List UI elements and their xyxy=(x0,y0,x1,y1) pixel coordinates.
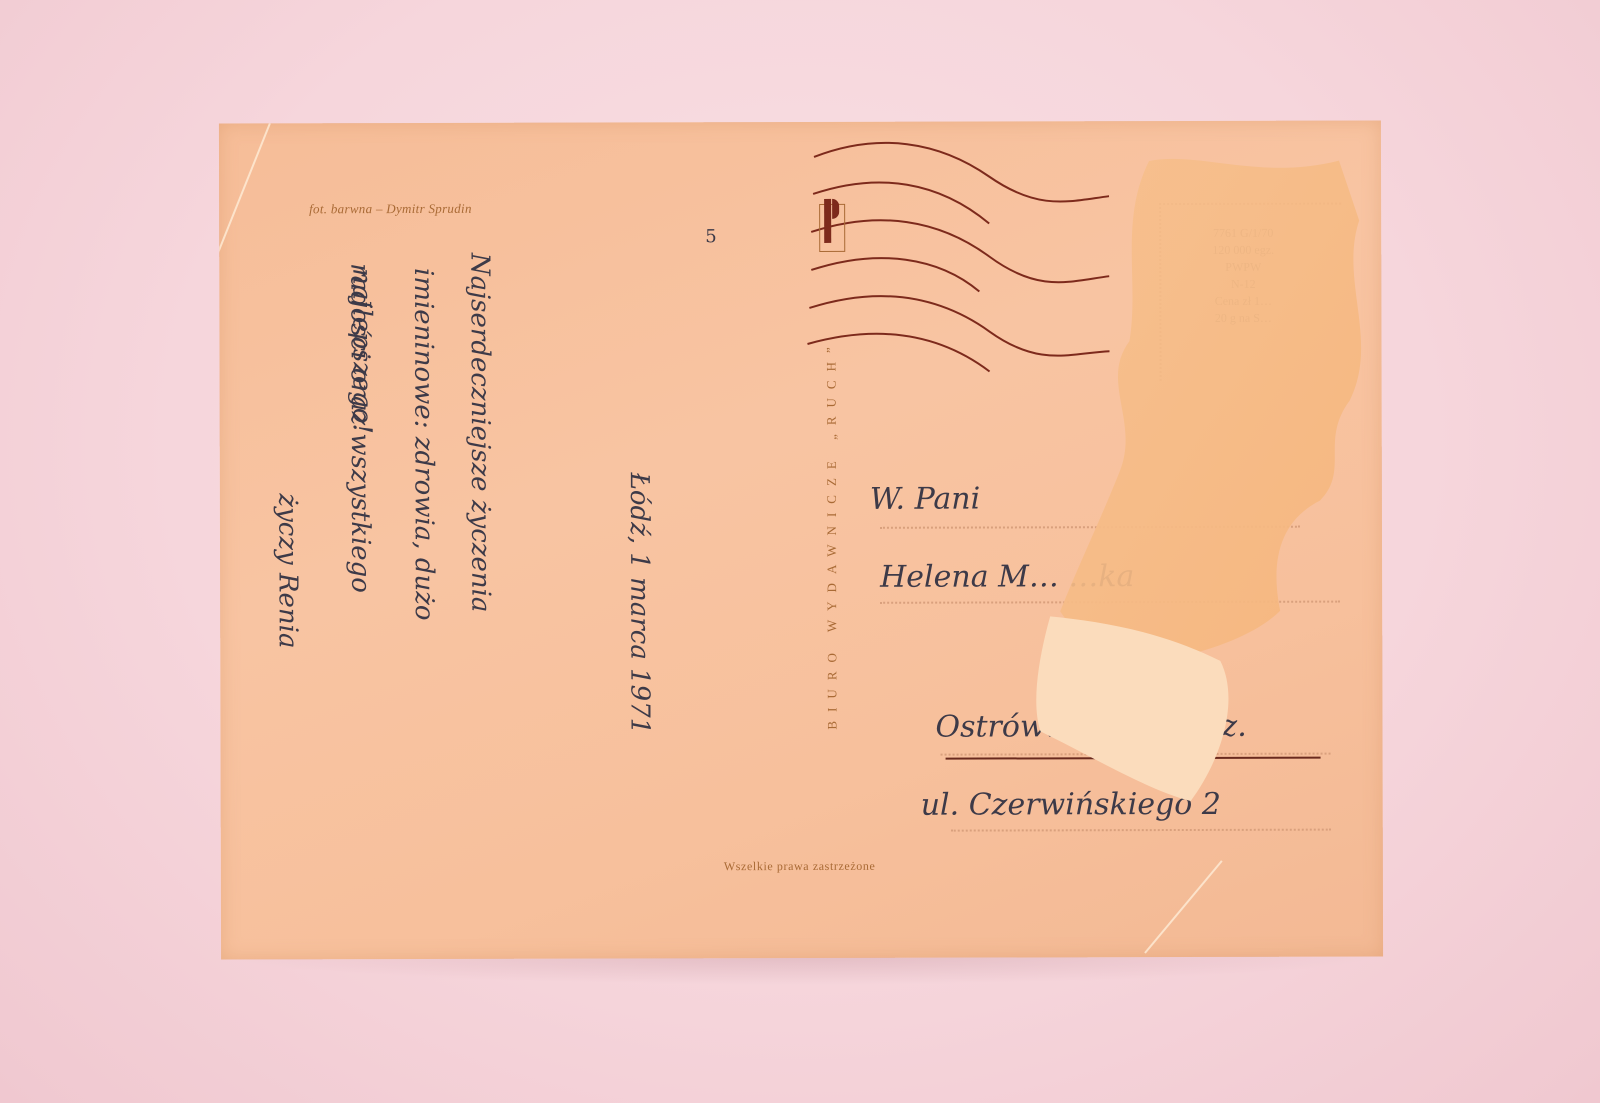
postcard: fot. barwna – Dymitr Sprudin 5 BIURO WYD… xyxy=(219,120,1383,959)
message-line: imieninowe: zdrowia, dużo xyxy=(408,268,439,621)
publisher-imprint: BIURO WYDAWNICZE „RUCH” xyxy=(823,338,840,729)
message-line: najlepszego! xyxy=(346,268,376,434)
message-line: Najserdeczniejsze życzenia xyxy=(464,253,495,613)
postmark-digit: 5 xyxy=(705,226,717,247)
photo-credit: fot. barwna – Dymitr Sprudin xyxy=(309,201,472,217)
crease xyxy=(219,123,271,309)
card-shadow xyxy=(220,955,1380,985)
torn-paper-patch xyxy=(1019,140,1381,841)
address-salutation: W. Pani xyxy=(870,482,980,517)
ruch-logo-icon xyxy=(819,204,845,252)
message-signature: życzy Renia xyxy=(272,493,302,648)
crease xyxy=(1144,860,1222,953)
rights-notice: Wszelkie prawa zastrzeżone xyxy=(724,859,876,874)
handwritten-place-date: Łódź, 1 marca 1971 xyxy=(624,472,655,734)
